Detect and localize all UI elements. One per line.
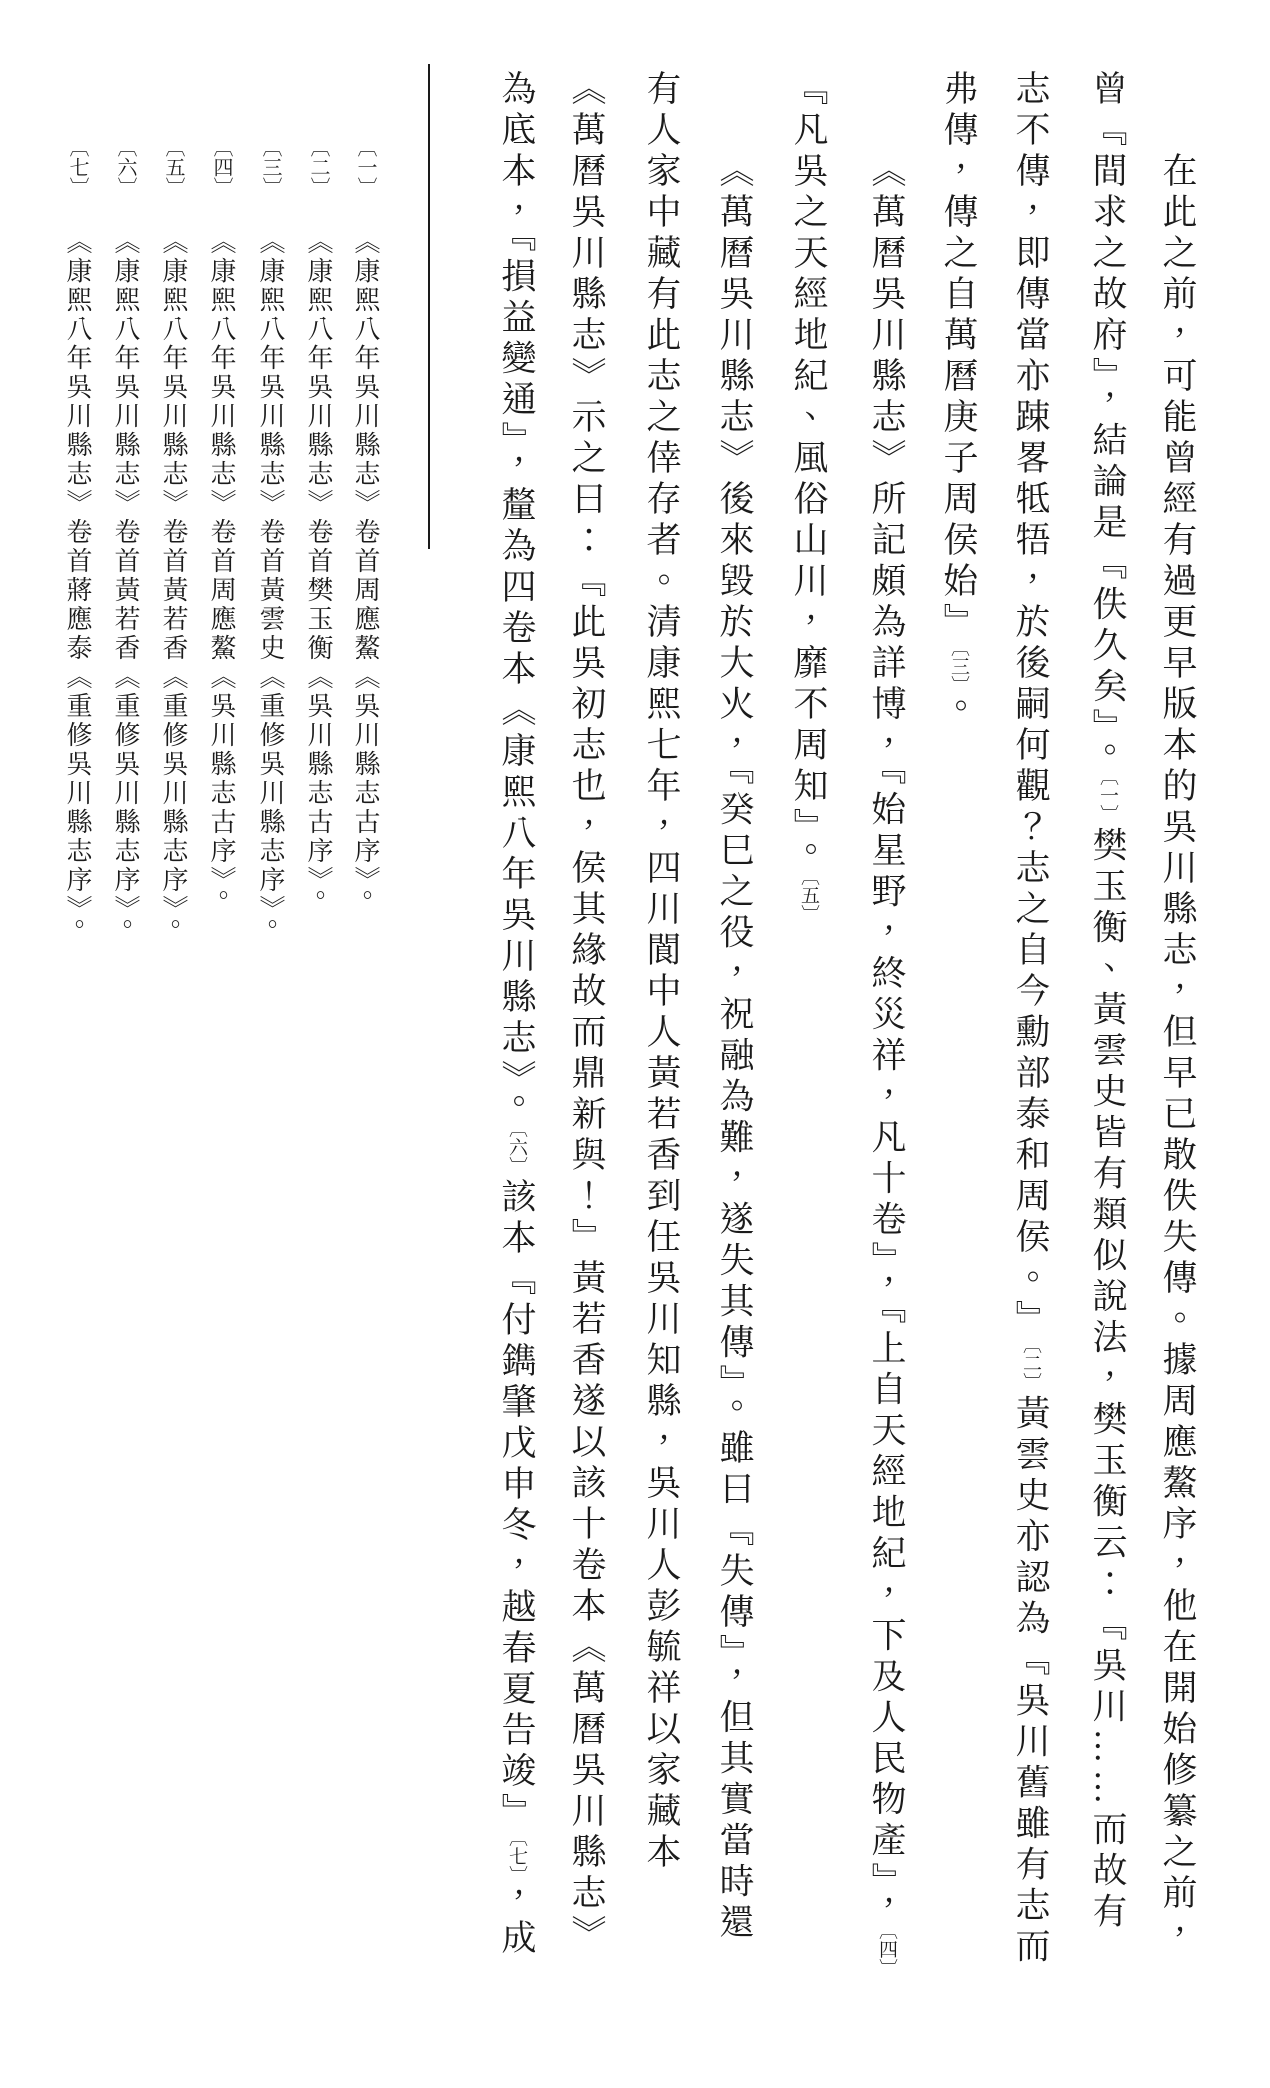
- footnote-2: 〔二〕《康熙八年吳川縣志》卷首樊玉衡《吳川縣志古序》。: [302, 137, 334, 1337]
- text-column-8: 有人家中藏有此志之倖存者。清康熙七年，四川閬中人黃若香到任吳川知縣，吳川人彭毓祥…: [639, 70, 683, 1984]
- text-column-7: 《萬曆吳川縣志》後來毀於大火，『癸巳之役，祝融為難，遂失其傳』。雖曰『失傳』，但…: [712, 70, 756, 1984]
- footnote-3: 〔三〕《康熙八年吳川縣志》卷首黃雲史《重修吳川縣志序》。: [254, 137, 286, 1337]
- text-column-5: 《萬曆吳川縣志》所記頗為詳博，『始星野，終災祥，凡十卷』，『上自天經地紀，下及人…: [864, 70, 908, 1984]
- footnote-marker: 〔六〕: [506, 1128, 527, 1176]
- scanned-page: 在此之前，可能曾經有過更早版本的吳川縣志，但早已散佚失傳。據周應鰲序，他在開始修…: [0, 0, 1270, 2088]
- footnote-text: 《康熙八年吳川縣志》卷首黃雲史《重修吳川縣志序》。: [256, 241, 285, 940]
- footnote-number: 〔六〕: [114, 137, 136, 197]
- section-divider-line: [428, 64, 430, 549]
- footnote-6: 〔六〕《康熙八年吳川縣志》卷首黃若香《重修吳川縣志序》。: [109, 137, 141, 1337]
- footnote-marker: 〔五〕: [798, 876, 819, 924]
- footnote-marker: 〔一〕: [1097, 776, 1118, 824]
- text-column-4: 弗傳，傳之自萬曆庚子周侯始』〔三〕。: [936, 70, 980, 1984]
- footnote-number: 〔一〕: [354, 137, 376, 197]
- footnote-marker: 〔二〕: [1020, 1344, 1041, 1392]
- footnote-marker: 〔四〕: [876, 1930, 897, 1978]
- footnote-number: 〔四〕: [210, 137, 232, 197]
- footnote-number: 〔三〕: [259, 137, 281, 197]
- footnote-text: 《康熙八年吳川縣志》卷首黃若香《重修吳川縣志序》。: [159, 241, 188, 940]
- footnote-number: 〔二〕: [307, 137, 329, 197]
- footnote-4: 〔四〕《康熙八年吳川縣志》卷首周應鰲《吳川縣志古序》。: [205, 137, 237, 1337]
- text-column-10: 為底本，『損益變通』，釐為四卷本《康熙八年吳川縣志》。〔六〕該本『付鐫肇戊申冬，…: [494, 70, 538, 1984]
- footnote-number: 〔七〕: [66, 137, 88, 197]
- footnote-text: 《康熙八年吳川縣志》卷首周應鰲《吳川縣志古序》。: [351, 241, 380, 911]
- text-column-6: 『凡吳之天經地紀、風俗山川，靡不周知』。〔五〕: [786, 70, 830, 1984]
- footnote-text: 《康熙八年吳川縣志》卷首蔣應泰《重修吳川縣志序》。: [63, 241, 92, 940]
- footnote-marker: 〔三〕: [948, 647, 969, 685]
- footnote-7: 〔七〕《康熙八年吳川縣志》卷首蔣應泰《重修吳川縣志序》。: [61, 137, 93, 1337]
- text-column-1: 在此之前，可能曾經有過更早版本的吳川縣志，但早已散佚失傳。據周應鰲序，他在開始修…: [1155, 70, 1199, 1984]
- text-column-2: 曾『間求之故府』，結論是『佚久矣』。〔一〕樊玉衡、黃雲史皆有類似說法，樊玉衡云：…: [1085, 70, 1129, 1984]
- footnote-1: 〔一〕《康熙八年吳川縣志》卷首周應鰲《吳川縣志古序》。: [349, 137, 381, 1337]
- text-column-3: 志不傳，即傳當亦踈畧牴牾，於後嗣何觀？志之自今勳部泰和周侯。』〔二〕黃雲史亦認為…: [1008, 70, 1052, 1984]
- footnote-marker: 〔七〕: [506, 1837, 527, 1875]
- footnote-text: 《康熙八年吳川縣志》卷首周應鰲《吳川縣志古序》。: [207, 241, 236, 911]
- footnote-number: 〔五〕: [162, 137, 184, 197]
- text-column-9: 《萬曆吳川縣志》示之曰：『此吳初志也，侯其緣故而鼎新與！』黃若香遂以該十卷本《萬…: [564, 70, 608, 1984]
- footnote-text: 《康熙八年吳川縣志》卷首黃若香《重修吳川縣志序》。: [111, 241, 140, 940]
- footnote-5: 〔五〕《康熙八年吳川縣志》卷首黃若香《重修吳川縣志序》。: [157, 137, 189, 1337]
- footnote-text: 《康熙八年吳川縣志》卷首樊玉衡《吳川縣志古序》。: [304, 241, 333, 911]
